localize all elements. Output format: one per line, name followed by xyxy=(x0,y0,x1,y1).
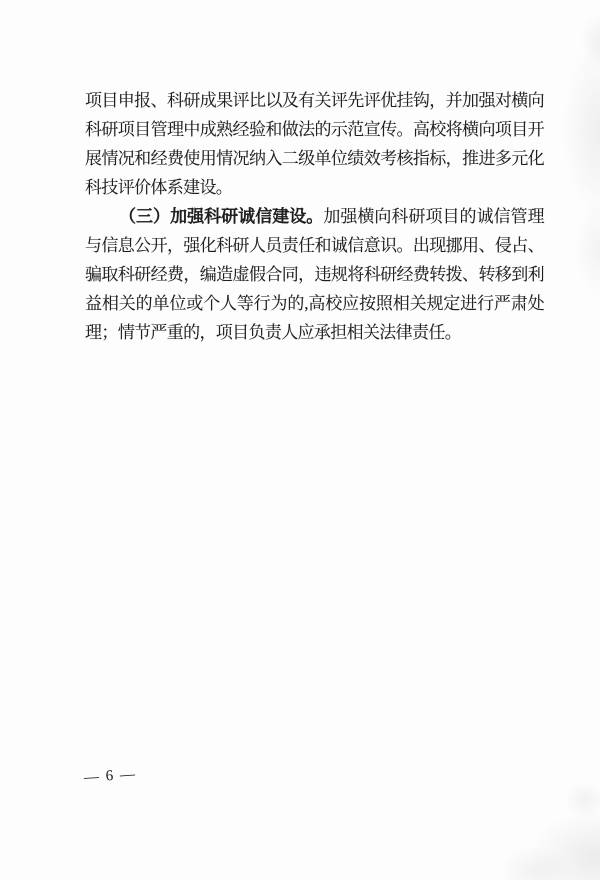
body-text: 项目申报、科研成果评比以及有关评先评优挂钩，并加强对横向科研项目管理中成熟经验和… xyxy=(85,86,544,347)
paragraph-continuation: 项目申报、科研成果评比以及有关评先评优挂钩，并加强对横向科研项目管理中成熟经验和… xyxy=(85,86,544,202)
paragraph-item-3: （三）加强科研诚信建设。加强横向科研项目的诚信管理与信息公开，强化科研人员责任和… xyxy=(85,202,544,347)
page-number: — 6 — xyxy=(83,763,137,789)
paragraph-lead-bold: （三）加强科研诚信建设。 xyxy=(119,207,323,226)
paragraph-text: 加强横向科研项目的诚信管理与信息公开，强化科研人员责任和诚信意识。出现挪用、侵占… xyxy=(85,207,544,342)
paragraph-text: 项目申报、科研成果评比以及有关评先评优挂钩，并加强对横向科研项目管理中成熟经验和… xyxy=(85,91,544,197)
document-page: 项目申报、科研成果评比以及有关评先评优挂钩，并加强对横向科研项目管理中成熟经验和… xyxy=(0,0,600,880)
